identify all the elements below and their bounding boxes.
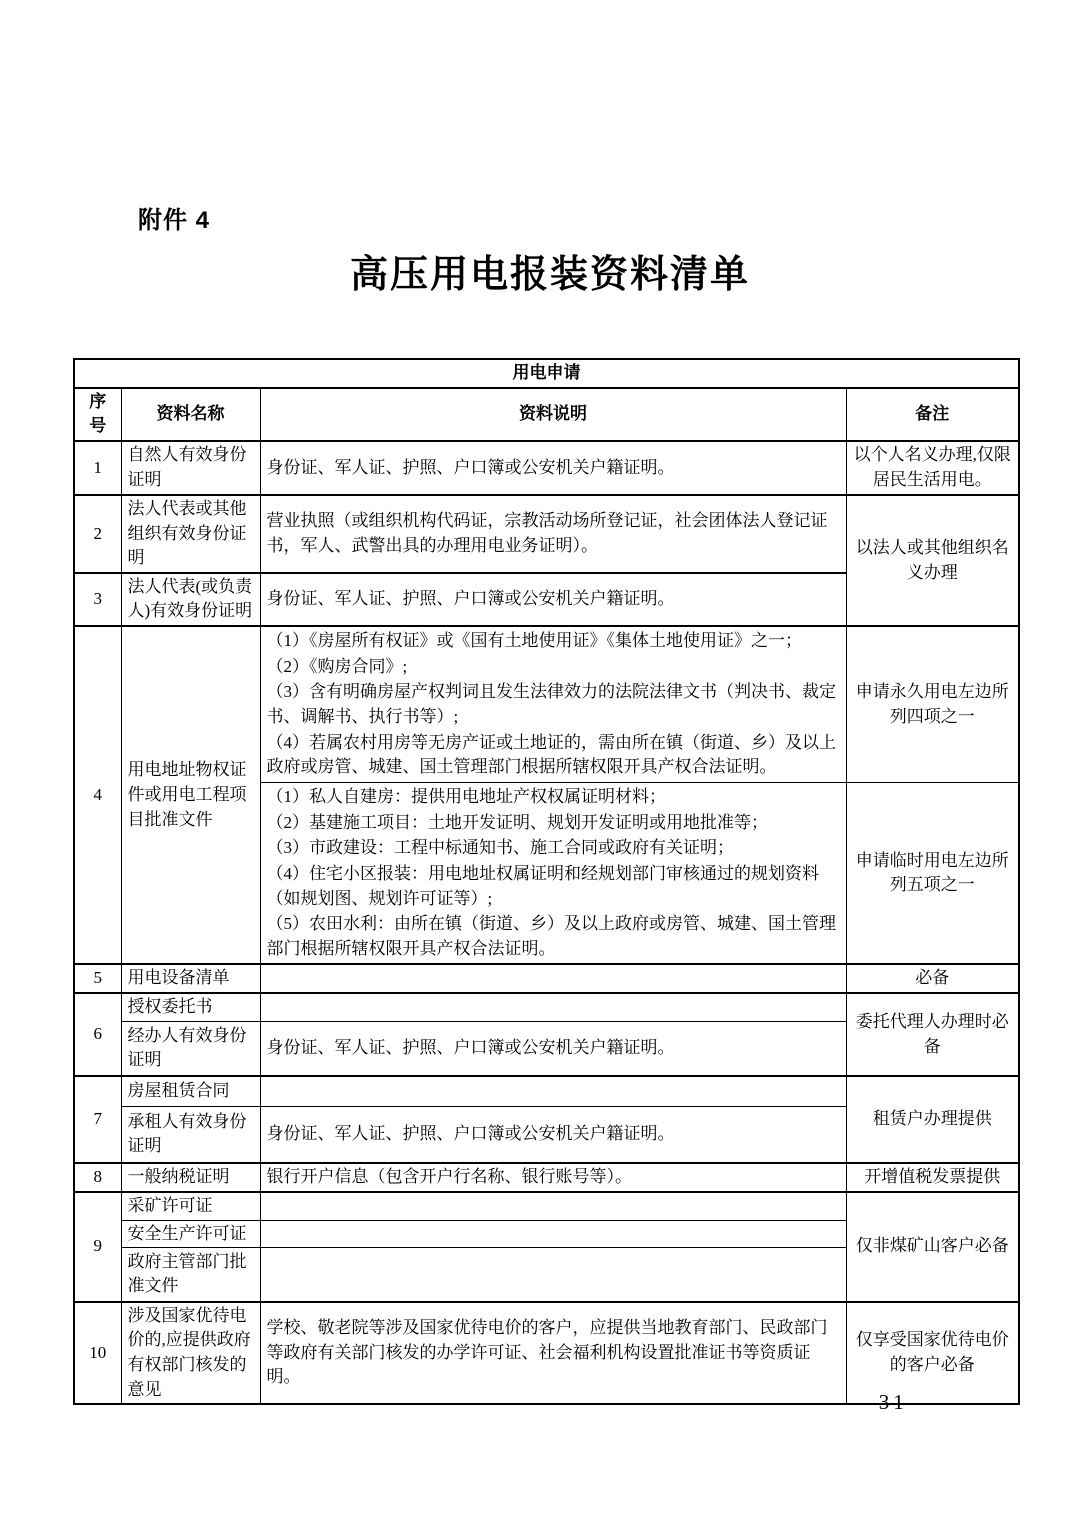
row7-name-a: 房屋租赁合同 [121, 1076, 260, 1106]
row4-temporary-remark: 申请临时用电左边所列五项之一 [846, 782, 1019, 964]
row1-remark: 以个人名义办理,仅限居民生活用电。 [846, 441, 1019, 495]
row9-name-b: 安全生产许可证 [121, 1220, 260, 1248]
row9-seq: 9 [74, 1192, 121, 1302]
row3-seq: 3 [74, 573, 121, 626]
row2-3-remark: 以法人或其他组织名义办理 [846, 495, 1019, 626]
table-caption-row: 用电申请 [74, 359, 1019, 388]
page-number: — 31 — [845, 1390, 943, 1415]
attachment-label: 附件 4 [138, 200, 210, 235]
row2-desc: 营业执照（或组织机构代码证，宗教活动场所登记证，社会团体法人登记证书，军人、武警… [260, 495, 846, 573]
header-material-desc: 资料说明 [260, 388, 846, 441]
table-row: 10 涉及国家优待电价的,应提供政府有权部门核发的意见 学校、敬老院等涉及国家优… [74, 1302, 1019, 1405]
row6-name-b: 经办人有效身份证明 [121, 1021, 260, 1076]
row9-name-a: 采矿许可证 [121, 1192, 260, 1220]
row7-seq: 7 [74, 1076, 121, 1163]
row5-name: 用电设备清单 [121, 964, 260, 993]
row4-temporary-desc: （1）私人自建房：提供用电地址产权权属证明材料； （2）基建施工项目：土地开发证… [260, 782, 846, 964]
row4-name: 用电地址物权证件或用电工程项目批准文件 [121, 626, 260, 964]
row2-seq: 2 [74, 495, 121, 573]
row8-desc: 银行开户信息（包含开户行名称、银行账号等）。 [260, 1163, 846, 1192]
row4-permanent-desc: （1）《房屋所有权证》或《国有土地使用证》《集体土地使用证》之一； （2）《购房… [260, 626, 846, 782]
row6-name-a: 授权委托书 [121, 993, 260, 1021]
row9-remark: 仅非煤矿山客户必备 [846, 1192, 1019, 1302]
row4-temporary-item1: （1）私人自建房：提供用电地址产权权属证明材料； [267, 785, 840, 810]
row4-permanent-item4: （4）若属农村用房等无房产证或土地证的，需由所在镇（街道、乡）及以上政府或房管、… [267, 731, 840, 780]
row4-temporary-item5: （5）农田水利：由所在镇（街道、乡）及以上政府或房管、城建、国土管理部门根据所辖… [267, 912, 840, 961]
table-row: 1 自然人有效身份证明 身份证、军人证、护照、户口簿或公安机关户籍证明。 以个人… [74, 441, 1019, 495]
row5-remark: 必备 [846, 964, 1019, 993]
row3-desc: 身份证、军人证、护照、户口簿或公安机关户籍证明。 [260, 573, 846, 626]
row4-temporary-item3: （3）市政建设：工程中标通知书、施工合同或政府有关证明； [267, 836, 840, 861]
table-row: 8 一般纳税证明 银行开户信息（包含开户行名称、银行账号等）。 开增值税发票提供 [74, 1163, 1019, 1192]
header-material-name: 资料名称 [121, 388, 260, 441]
row9-desc-c [260, 1248, 846, 1302]
row4-permanent-item3: （3）含有明确房屋产权判词且发生法律效力的法院法律文书（判决书、裁定书、调解书、… [267, 680, 840, 729]
table-caption: 用电申请 [74, 359, 1019, 388]
header-seq: 序号 [74, 388, 121, 441]
application-materials-table: 用电申请 序号 资料名称 资料说明 备注 1 自然人有效身份证明 身份证、军人证… [73, 358, 1020, 1405]
row3-name: 法人代表(或负责人)有效身份证明 [121, 573, 260, 626]
row7-desc-b: 身份证、军人证、护照、户口簿或公安机关户籍证明。 [260, 1106, 846, 1163]
row1-seq: 1 [74, 441, 121, 495]
table-row: 6 授权委托书 委托代理人办理时必备 [74, 993, 1019, 1021]
row10-desc: 学校、敬老院等涉及国家优待电价的客户，应提供当地教育部门、民政部门等政府有关部门… [260, 1302, 846, 1405]
row4-temporary-item2: （2）基建施工项目：土地开发证明、规划开发证明或用地批准等； [267, 811, 840, 836]
row8-name: 一般纳税证明 [121, 1163, 260, 1192]
row6-remark: 委托代理人办理时必备 [846, 993, 1019, 1076]
table-row: 5 用电设备清单 必备 [74, 964, 1019, 993]
row6-desc-b: 身份证、军人证、护照、户口簿或公安机关户籍证明。 [260, 1021, 846, 1076]
table-row: 7 房屋租赁合同 租赁户办理提供 [74, 1076, 1019, 1106]
row9-name-c: 政府主管部门批准文件 [121, 1248, 260, 1302]
row8-remark: 开增值税发票提供 [846, 1163, 1019, 1192]
row4-permanent-remark: 申请永久用电左边所列四项之一 [846, 626, 1019, 782]
row5-seq: 5 [74, 964, 121, 993]
header-remark: 备注 [846, 388, 1019, 441]
table-header-row: 序号 资料名称 资料说明 备注 [74, 388, 1019, 441]
row4-temporary-item4: （4）住宅小区报装：用电地址权属证明和经规划部门审核通过的规划资料（如规划图、规… [267, 862, 840, 911]
row1-name: 自然人有效身份证明 [121, 441, 260, 495]
row10-name: 涉及国家优待电价的,应提供政府有权部门核发的意见 [121, 1302, 260, 1405]
document-page: 附件 4 高压用电报装资料清单 用电申请 序号 资料名称 资料说明 备注 1 自… [0, 0, 1074, 1520]
row7-name-b: 承租人有效身份证明 [121, 1106, 260, 1163]
row10-remark: 仅享受国家优待电价的客户必备 [846, 1302, 1019, 1405]
row7-desc-a [260, 1076, 846, 1106]
row7-remark: 租赁户办理提供 [846, 1076, 1019, 1163]
page-title: 高压用电报装资料清单 [0, 243, 1074, 298]
row1-desc: 身份证、军人证、护照、户口簿或公安机关户籍证明。 [260, 441, 846, 495]
row4-permanent-item1: （1）《房屋所有权证》或《国有土地使用证》《集体土地使用证》之一； [267, 629, 840, 654]
row6-desc-a [260, 993, 846, 1021]
row4-seq: 4 [74, 626, 121, 964]
table-row: 2 法人代表或其他组织有效身份证明 营业执照（或组织机构代码证，宗教活动场所登记… [74, 495, 1019, 573]
row4-permanent-item2: （2）《购房合同》; [267, 655, 840, 680]
row9-desc-b [260, 1220, 846, 1248]
row2-name: 法人代表或其他组织有效身份证明 [121, 495, 260, 573]
row6-seq: 6 [74, 993, 121, 1076]
row8-seq: 8 [74, 1163, 121, 1192]
row10-seq: 10 [74, 1302, 121, 1405]
row5-desc [260, 964, 846, 993]
table-row: 4 用电地址物权证件或用电工程项目批准文件 （1）《房屋所有权证》或《国有土地使… [74, 626, 1019, 782]
table-row: 9 采矿许可证 仅非煤矿山客户必备 [74, 1192, 1019, 1220]
row9-desc-a [260, 1192, 846, 1220]
